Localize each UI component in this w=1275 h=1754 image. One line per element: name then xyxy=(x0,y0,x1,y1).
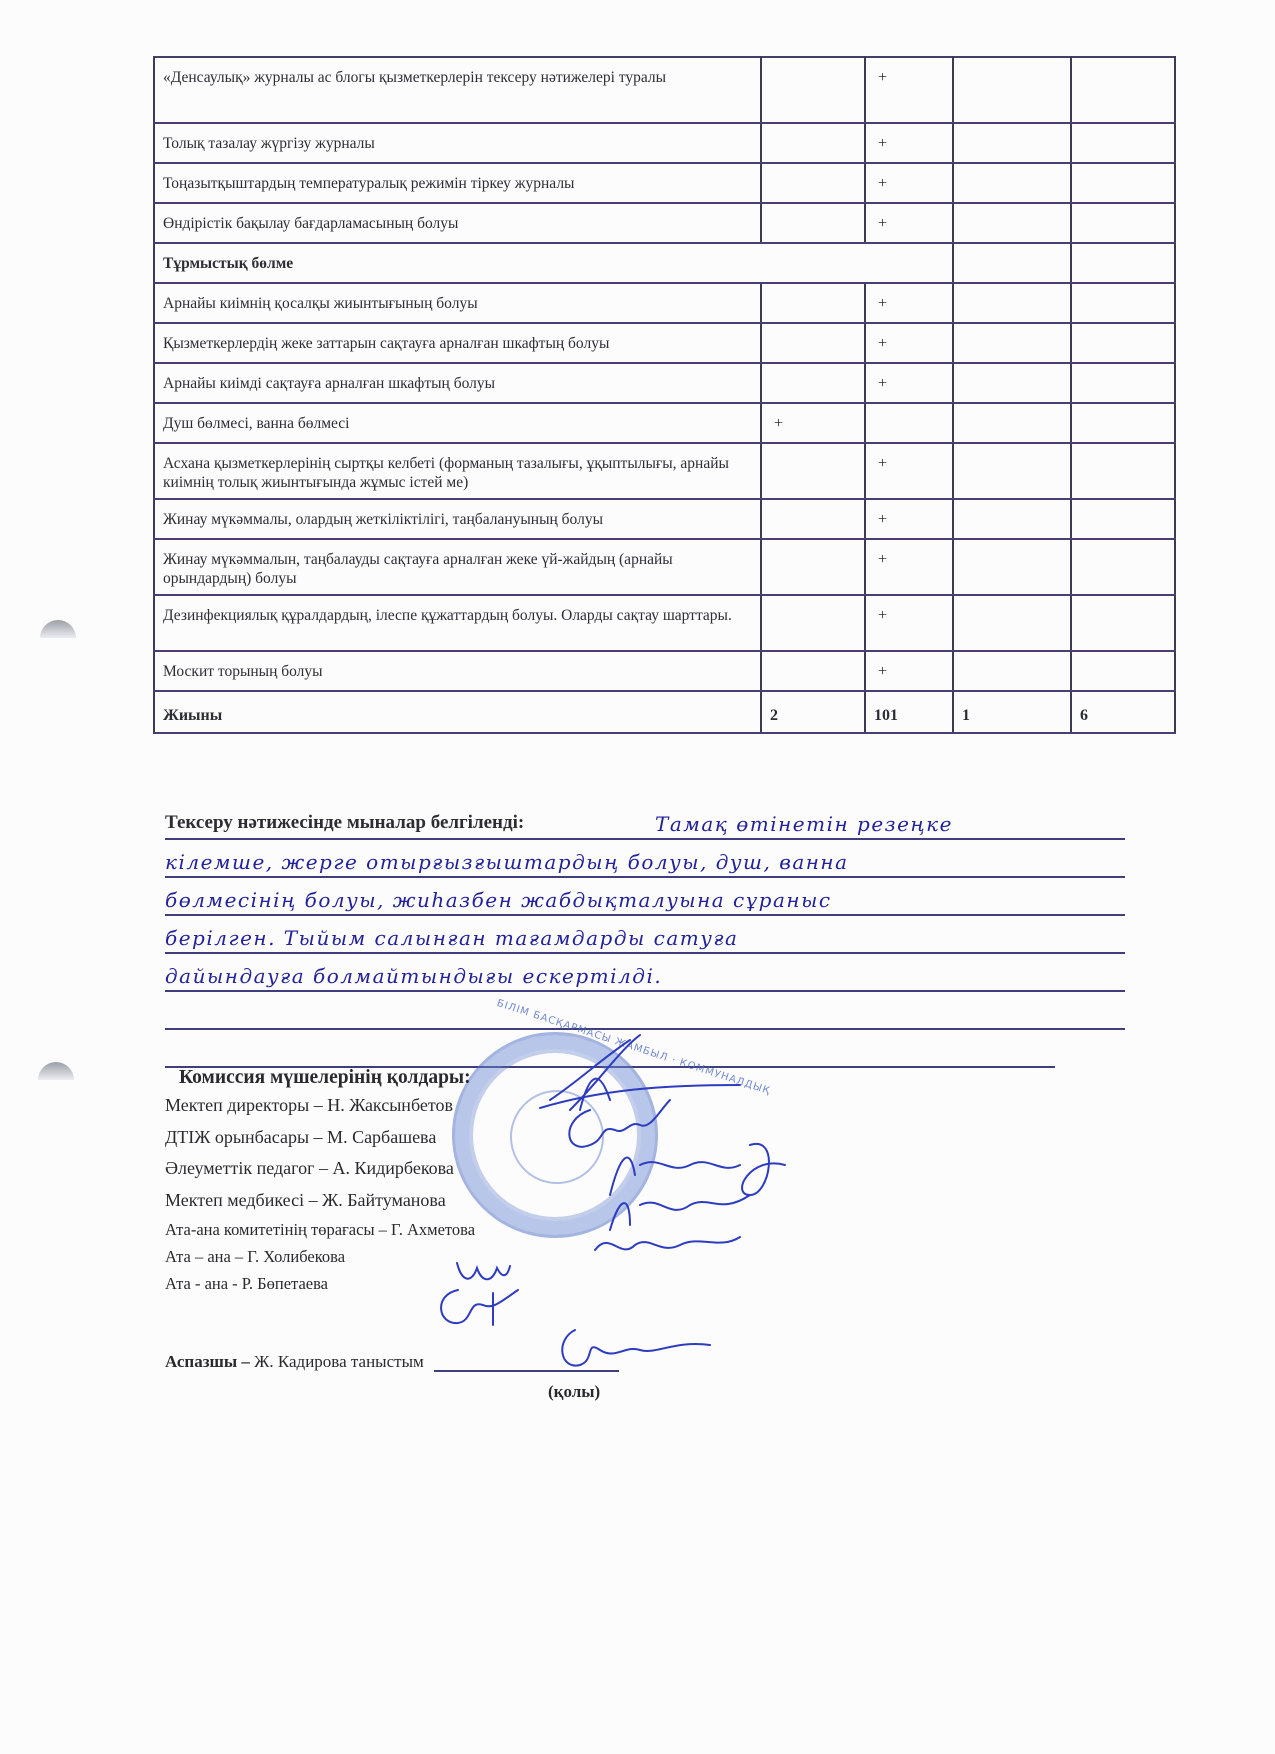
handwritten-text: Тамақ өтінетін резеңке xyxy=(655,812,953,836)
mark-cell xyxy=(1071,443,1175,499)
signature-parent2-icon xyxy=(433,1285,523,1330)
mark-cell xyxy=(1071,123,1175,163)
findings-line-4: дайындауға болмайтындығы ескертілді. xyxy=(165,954,1125,992)
total-value: 101 xyxy=(865,691,953,733)
table-row: Арнайы киімді сақтауға арналған шкафтың … xyxy=(154,363,1175,403)
mark-cell xyxy=(953,539,1071,595)
table-row: «Денсаулық» журналы ас блогы қызметкерле… xyxy=(154,57,1175,123)
table-row: Арнайы киімнің қосалқы жиынтығының болуы… xyxy=(154,283,1175,323)
total-value: 6 xyxy=(1071,691,1175,733)
mark-cell xyxy=(761,123,865,163)
criterion-cell: Жинау мүкәммалын, таңбалауды сақтауға ар… xyxy=(154,539,761,595)
inspection-checklist-table: «Денсаулық» журналы ас блогы қызметкерле… xyxy=(153,56,1176,734)
signature-cook-icon xyxy=(555,1325,715,1375)
criterion-cell: «Денсаулық» журналы ас блогы қызметкерле… xyxy=(154,57,761,123)
mark-cell xyxy=(761,57,865,123)
signature-parent1-icon xyxy=(452,1258,512,1288)
cook-acknowledgement: Аспазшы – Ж. Кадирова таныстым xyxy=(165,1352,619,1372)
table-row: Қызметкерлердің жеке заттарын сақтауға а… xyxy=(154,323,1175,363)
mark-cell xyxy=(953,123,1071,163)
punch-hole-top xyxy=(40,620,76,638)
mark-cell: + xyxy=(865,323,953,363)
mark-cell xyxy=(953,595,1071,651)
mark-cell xyxy=(953,163,1071,203)
total-value: 2 xyxy=(761,691,865,733)
mark-cell: + xyxy=(865,651,953,691)
total-label: Жиыны xyxy=(154,691,761,733)
criterion-cell: Толық тазалау жүргізу журналы xyxy=(154,123,761,163)
findings-line-0: Тексеру нәтижесінде мыналар белгіленді: … xyxy=(165,808,1125,840)
criterion-cell: Өндірістік бақылау бағдарламасының болуы xyxy=(154,203,761,243)
mark-cell xyxy=(865,403,953,443)
mark-cell xyxy=(1071,323,1175,363)
criterion-cell: Арнайы киімнің қосалқы жиынтығының болуы xyxy=(154,283,761,323)
mark-cell: + xyxy=(865,443,953,499)
mark-cell xyxy=(953,443,1071,499)
table-row: Жинау мүкәммалын, таңбалауды сақтауға ар… xyxy=(154,539,1175,595)
handwritten-text: бөлмесінің болуы, жиһазбен жабдықталуына… xyxy=(165,888,832,912)
table-row: Москит торының болуы+ xyxy=(154,651,1175,691)
mark-cell xyxy=(761,323,865,363)
mark-cell xyxy=(1071,539,1175,595)
mark-cell xyxy=(1071,243,1175,283)
mark-cell: + xyxy=(865,539,953,595)
mark-cell: + xyxy=(865,595,953,651)
mark-cell xyxy=(1071,203,1175,243)
criterion-cell: Қызметкерлердің жеке заттарын сақтауға а… xyxy=(154,323,761,363)
mark-cell xyxy=(761,363,865,403)
mark-cell xyxy=(761,595,865,651)
table-row: Дезинфекциялық құралдардың, ілеспе құжат… xyxy=(154,595,1175,651)
signatures-title: Комиссия мүшелерінің қолдары: xyxy=(179,1066,865,1090)
mark-cell xyxy=(761,443,865,499)
mark-cell: + xyxy=(865,203,953,243)
criterion-cell: Москит торының болуы xyxy=(154,651,761,691)
signature-chair-icon xyxy=(590,1225,750,1265)
handwritten-text: дайындауға болмайтындығы ескертілді. xyxy=(165,964,662,988)
cook-role: Аспазшы – xyxy=(165,1352,250,1371)
signature-caption: (қолы) xyxy=(548,1382,600,1402)
table-row: Асхана қызметкерлерінің сыртқы келбеті (… xyxy=(154,443,1175,499)
mark-cell: + xyxy=(865,57,953,123)
findings-section: Тексеру нәтижесінде мыналар белгіленді: … xyxy=(165,808,1125,1068)
mark-cell xyxy=(953,203,1071,243)
mark-cell xyxy=(1071,595,1175,651)
section-title: Тұрмыстық бөлме xyxy=(154,243,953,283)
mark-cell: + xyxy=(865,123,953,163)
member-parent-committee-chair: Ата-ана комитетінің төрағасы – Г. Ахмето… xyxy=(165,1216,865,1243)
mark-cell xyxy=(761,203,865,243)
findings-line-5 xyxy=(165,992,1125,1030)
punch-hole-bottom xyxy=(38,1062,74,1080)
mark-cell xyxy=(761,539,865,595)
table-row: Душ бөлмесі, ванна бөлмесі+ xyxy=(154,403,1175,443)
mark-cell xyxy=(761,163,865,203)
table-row: Өндірістік бақылау бағдарламасының болуы… xyxy=(154,203,1175,243)
cook-name: Ж. Кадирова таныстым xyxy=(250,1352,424,1371)
mark-cell xyxy=(953,403,1071,443)
findings-label: Тексеру нәтижесінде мыналар белгіленді: xyxy=(165,812,524,834)
mark-cell xyxy=(953,499,1071,539)
criterion-cell: Жинау мүкәммалы, олардың жеткіліктілігі,… xyxy=(154,499,761,539)
criterion-cell: Душ бөлмесі, ванна бөлмесі xyxy=(154,403,761,443)
mark-cell: + xyxy=(865,363,953,403)
mark-cell xyxy=(1071,651,1175,691)
findings-line-3: берілген. Тыйым салынған тағамдарды сату… xyxy=(165,916,1125,954)
mark-cell xyxy=(1071,163,1175,203)
mark-cell xyxy=(1071,283,1175,323)
mark-cell xyxy=(953,243,1071,283)
mark-cell xyxy=(1071,363,1175,403)
member-parent-1: Ата – ана – Г. Холибекова xyxy=(165,1243,865,1270)
table-section-row: Тұрмыстық бөлме xyxy=(154,243,1175,283)
criterion-cell: Дезинфекциялық құралдардың, ілеспе құжат… xyxy=(154,595,761,651)
criterion-cell: Тоңазытқыштардың температуралық режимін … xyxy=(154,163,761,203)
handwritten-text: берілген. Тыйым салынған тағамдарды сату… xyxy=(165,926,738,950)
mark-cell xyxy=(953,651,1071,691)
total-value: 1 xyxy=(953,691,1071,733)
mark-cell xyxy=(953,283,1071,323)
findings-line-2: бөлмесінің болуы, жиһазбен жабдықталуына… xyxy=(165,878,1125,916)
mark-cell xyxy=(1071,499,1175,539)
mark-cell xyxy=(761,499,865,539)
mark-cell xyxy=(761,651,865,691)
member-director: Мектеп директоры – Н. Жаксынбетов xyxy=(165,1090,865,1122)
mark-cell xyxy=(953,363,1071,403)
findings-line-1: кілемше, жерге отырғызғыштардың болуы, д… xyxy=(165,840,1125,878)
table-row: Толық тазалау жүргізу журналы+ xyxy=(154,123,1175,163)
table-row: Тоңазытқыштардың температуралық режимін … xyxy=(154,163,1175,203)
mark-cell xyxy=(953,323,1071,363)
mark-cell: + xyxy=(865,283,953,323)
criterion-cell: Арнайы киімді сақтауға арналған шкафтың … xyxy=(154,363,761,403)
total-row: Жиыны210116 xyxy=(154,691,1175,733)
mark-cell xyxy=(1071,57,1175,123)
mark-cell: + xyxy=(865,163,953,203)
mark-cell: + xyxy=(761,403,865,443)
mark-cell xyxy=(1071,403,1175,443)
handwritten-text: кілемше, жерге отырғызғыштардың болуы, д… xyxy=(165,850,849,874)
table-row: Жинау мүкәммалы, олардың жеткіліктілігі,… xyxy=(154,499,1175,539)
mark-cell: + xyxy=(865,499,953,539)
mark-cell xyxy=(761,283,865,323)
criterion-cell: Асхана қызметкерлерінің сыртқы келбеті (… xyxy=(154,443,761,499)
mark-cell xyxy=(953,57,1071,123)
